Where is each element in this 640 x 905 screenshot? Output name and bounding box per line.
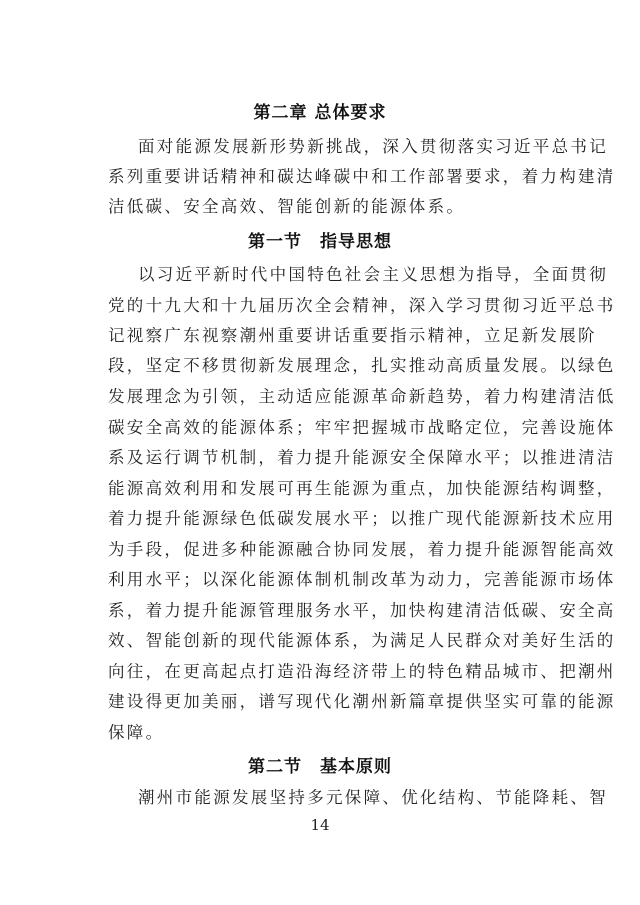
- paragraph-line: 党的十九大和十九届历次全会精神，深入学习贯彻习近平总书: [108, 292, 536, 316]
- paragraph-line: 碳安全高效的能源体系；牢牢把握城市战略定位，完善设施体: [108, 414, 536, 438]
- paragraph-line: 保障。: [108, 719, 536, 743]
- paragraph-line: 建设得更加美丽，谱写现代化潮州新篇章提供坚实可靠的能源: [108, 688, 536, 712]
- paragraph-line: 发展理念为引领，主动适应能源革命新趋势，着力构建清洁低: [108, 383, 536, 407]
- paragraph-line: 系列重要讲话精神和碳达峰碳中和工作部署要求，着力构建清: [108, 163, 536, 187]
- paragraph-line: 着力提升能源绿色低碳发展水平；以推广现代能源新技术应用: [108, 505, 536, 529]
- paragraph-line: 能源高效利用和发展可再生能源为重点，加快能源结构调整，: [108, 475, 536, 499]
- paragraph-line: 以习近平新时代中国特色社会主义思想为指导，全面贯彻: [138, 261, 536, 285]
- paragraph-line: 潮州市能源发展坚持多元保障、优化结构、节能降耗、智: [138, 784, 536, 808]
- paragraph-line: 向往，在更高起点打造沿海经济带上的特色精品城市、把潮州: [108, 658, 536, 682]
- chapter-title: 第二章 总体要求: [0, 98, 640, 123]
- paragraph-line: 利用水平；以深化能源体制机制改革为动力，完善能源市场体: [108, 566, 536, 590]
- paragraph-line: 洁低碳、安全高效、智能创新的能源体系。: [108, 193, 536, 217]
- section-title: 第二节 基本原则: [0, 752, 640, 777]
- paragraph-line: 系及运行调节机制，着力提升能源安全保障水平；以推进清洁: [108, 444, 536, 468]
- section-title: 第一节 指导思想: [0, 227, 640, 252]
- paragraph-line: 面对能源发展新形势新挑战，深入贯彻落实习近平总书记: [138, 133, 536, 157]
- paragraph-line: 系，着力提升能源管理服务水平，加快构建清洁低碳、安全高: [108, 597, 536, 621]
- paragraph-line: 记视察广东视察潮州重要讲话重要指示精神，立足新发展阶: [108, 322, 536, 346]
- page-number: 14: [0, 816, 640, 834]
- paragraph-line: 效、智能创新的现代能源体系，为满足人民群众对美好生活的: [108, 627, 536, 651]
- paragraph-line: 为手段，促进多种能源融合协同发展，着力提升能源智能高效: [108, 536, 536, 560]
- document-page: 第二章 总体要求 面对能源发展新形势新挑战，深入贯彻落实习近平总书记 系列重要讲…: [0, 0, 640, 905]
- paragraph-line: 段，坚定不移贯彻新发展理念，扎实推动高质量发展。以绿色: [108, 352, 536, 376]
